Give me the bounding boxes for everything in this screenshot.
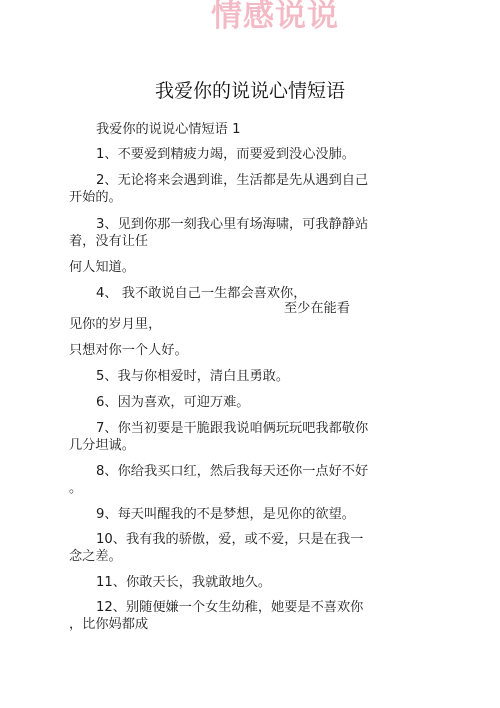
quote-line-cont: 何人知道。 bbox=[69, 259, 135, 277]
quote-line: 5、我与你相爱时，清白且勇敢。 bbox=[96, 368, 289, 386]
section-heading: 我爱你的说说心情短语 1 bbox=[96, 121, 240, 139]
quote-line-cont: 只想对你一个人好。 bbox=[69, 342, 188, 360]
quote-line-cont: 。 bbox=[69, 480, 82, 498]
quote-line-cont: 至少在能看 bbox=[284, 300, 350, 318]
quote-line-cont: ，比你妈都成 bbox=[69, 616, 148, 634]
document-title: 我爱你的说说心情短语 bbox=[0, 78, 500, 104]
quote-line: 10、我有我的骄傲，爱，或不爱，只是在我一 bbox=[96, 531, 363, 549]
quote-line: 6、因为喜欢，可迎万难。 bbox=[96, 394, 249, 412]
quote-line: 3、见到你那一刻我心里有场海啸，可我静静站 bbox=[96, 216, 368, 234]
quote-line: 12、别随便嫌一个女生幼稚，她要是不喜欢你 bbox=[96, 599, 363, 617]
watermark-logo: 情感说说 bbox=[211, 0, 339, 34]
quote-line: 2、无论将来会遇到谁，生活都是先从遇到自己 bbox=[96, 172, 368, 190]
quote-line-cont: 几分坦诚。 bbox=[69, 437, 135, 455]
quote-line: 9、每天叫醒我的不是梦想，是见你的欲望。 bbox=[96, 506, 355, 524]
quote-line-cont: 开始的。 bbox=[69, 189, 122, 207]
quote-line-cont: 念之差。 bbox=[69, 548, 122, 566]
quote-line: 11、你敢天长，我就敢地久。 bbox=[96, 574, 271, 592]
quote-line: 7、你当初要是干脆跟我说咱俩玩玩吧我都敬你 bbox=[96, 420, 368, 438]
quote-line-cont: 见你的岁月里， bbox=[69, 316, 161, 334]
quote-line: 4、 我不敢说自己一生都会喜欢你， bbox=[96, 285, 306, 303]
quote-line: 8、你给我买口红，然后我每天还你一点好不好 bbox=[96, 463, 368, 481]
quote-line: 1、不要爱到精疲力竭，而要爱到没心没肺。 bbox=[96, 146, 355, 164]
quote-line-cont: 着，没有让任 bbox=[69, 233, 148, 251]
